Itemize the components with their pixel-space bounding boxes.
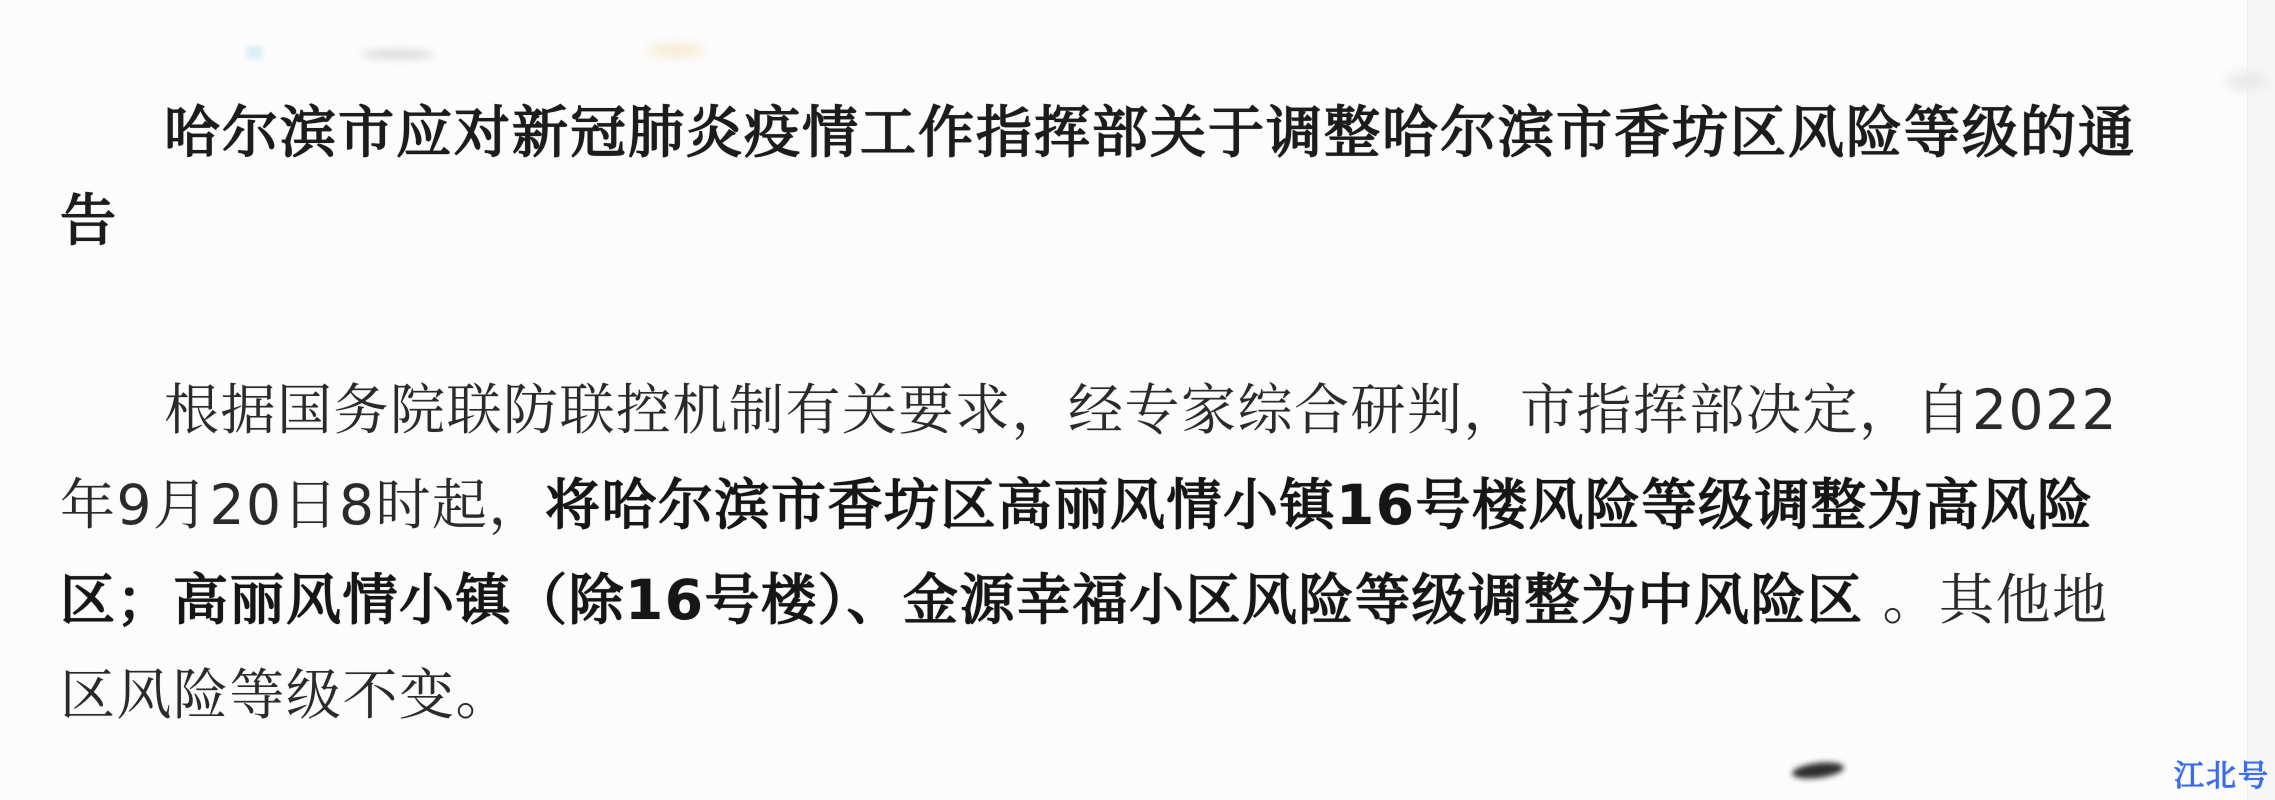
scan-artifact (362, 50, 434, 59)
notice-title-line-2: 告 (60, 178, 2235, 266)
notice-title: 哈尔滨市应对新冠肺炎疫情工作指挥部关于调整哈尔滨市香坊区风险等级的通 告 (60, 90, 2235, 266)
notice-body-line-2: 年9月20日8时起，将哈尔滨市香坊区高丽风情小镇16号楼风险等级调整为高风险 (60, 458, 2245, 553)
page-edge-strip (2247, 0, 2275, 800)
body-text-segment: 。其他地 (1864, 568, 2109, 632)
notice-body-line-4: 区风险等级不变。 (60, 648, 2245, 743)
watermark-label: 江北号 (2174, 751, 2270, 795)
notice-title-line-1: 哈尔滨市应对新冠肺炎疫情工作指挥部关于调整哈尔滨市香坊区风险等级的通 (60, 90, 2235, 178)
body-text-segment: 年9月20日8时起， (60, 473, 545, 537)
body-text-segment: 区风险等级不变。 (60, 663, 512, 727)
body-text-segment: 根据国务院联防联控机制有关要求，经专家综合研判，市指挥部决定，自2022 (164, 378, 2118, 442)
body-text-segment-bold: 将哈尔滨市香坊区高丽风情小镇16号楼风险等级调整为高风险 (545, 473, 2094, 537)
ink-smudge-artifact (1791, 760, 1844, 781)
scan-artifact (246, 46, 263, 59)
notice-body-line-3: 区；高丽风情小镇（除16号楼）、金源幸福小区风险等级调整为中风险区 。其他地 (60, 553, 2245, 648)
document-page: 哈尔滨市应对新冠肺炎疫情工作指挥部关于调整哈尔滨市香坊区风险等级的通 告 根据国… (0, 0, 2275, 800)
notice-body: 根据国务院联防联控机制有关要求，经专家综合研判，市指挥部决定，自2022 年9月… (60, 363, 2245, 743)
scan-artifact (648, 44, 704, 57)
notice-body-line-1: 根据国务院联防联控机制有关要求，经专家综合研判，市指挥部决定，自2022 (60, 363, 2245, 458)
body-text-segment-bold: 区；高丽风情小镇（除16号楼）、金源幸福小区风险等级调整为中风险区 (60, 568, 1864, 632)
